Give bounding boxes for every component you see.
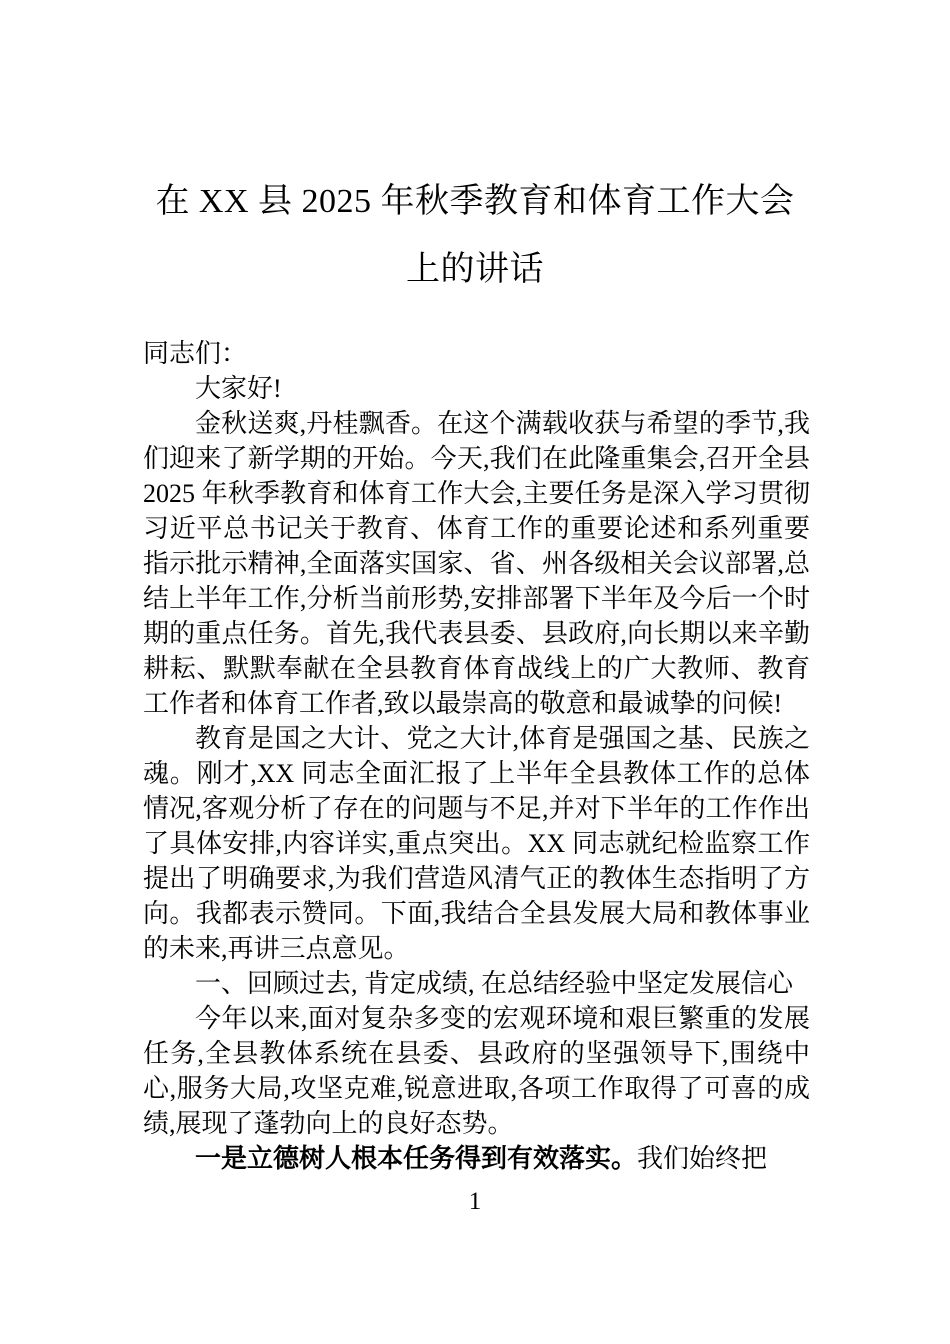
- review-paragraph: 今年以来,面对复杂多变的宏观环境和艰巨繁重的发展任务,全县教体系统在县委、县政府…: [143, 1001, 810, 1141]
- paragraph-bold-lead: 一是立德树人根本任务得到有效落实。: [195, 1144, 637, 1173]
- section-heading-1: 一、回顾过去, 肯定成绩, 在总结经验中坚定发展信心: [143, 966, 810, 1001]
- document-page: 在 XX 县 2025 年秋季教育和体育工作大会 上的讲话 同志们：大家好!金秋…: [0, 0, 950, 1344]
- title-line-1: 在 XX 县 2025 年秋季教育和体育工作大会: [0, 168, 950, 236]
- document-body: 同志们：大家好!金秋送爽,丹桂飘香。在这个满载收获与希望的季节,我们迎来了新学期…: [143, 336, 810, 1176]
- title-line-2: 上的讲话: [0, 236, 950, 304]
- page-number: 1: [0, 1188, 950, 1216]
- greeting: 大家好!: [143, 371, 810, 406]
- context-paragraph: 教育是国之大计、党之大计,体育是强国之基、民族之魂。刚才,XX 同志全面汇报了上…: [143, 721, 810, 966]
- salutation: 同志们：: [143, 336, 810, 371]
- achievement-paragraph: 一是立德树人根本任务得到有效落实。我们始终把: [143, 1141, 810, 1176]
- opening-paragraph: 金秋送爽,丹桂飘香。在这个满载收获与希望的季节,我们迎来了新学期的开始。今天,我…: [143, 406, 810, 721]
- document-title: 在 XX 县 2025 年秋季教育和体育工作大会 上的讲话: [0, 0, 950, 304]
